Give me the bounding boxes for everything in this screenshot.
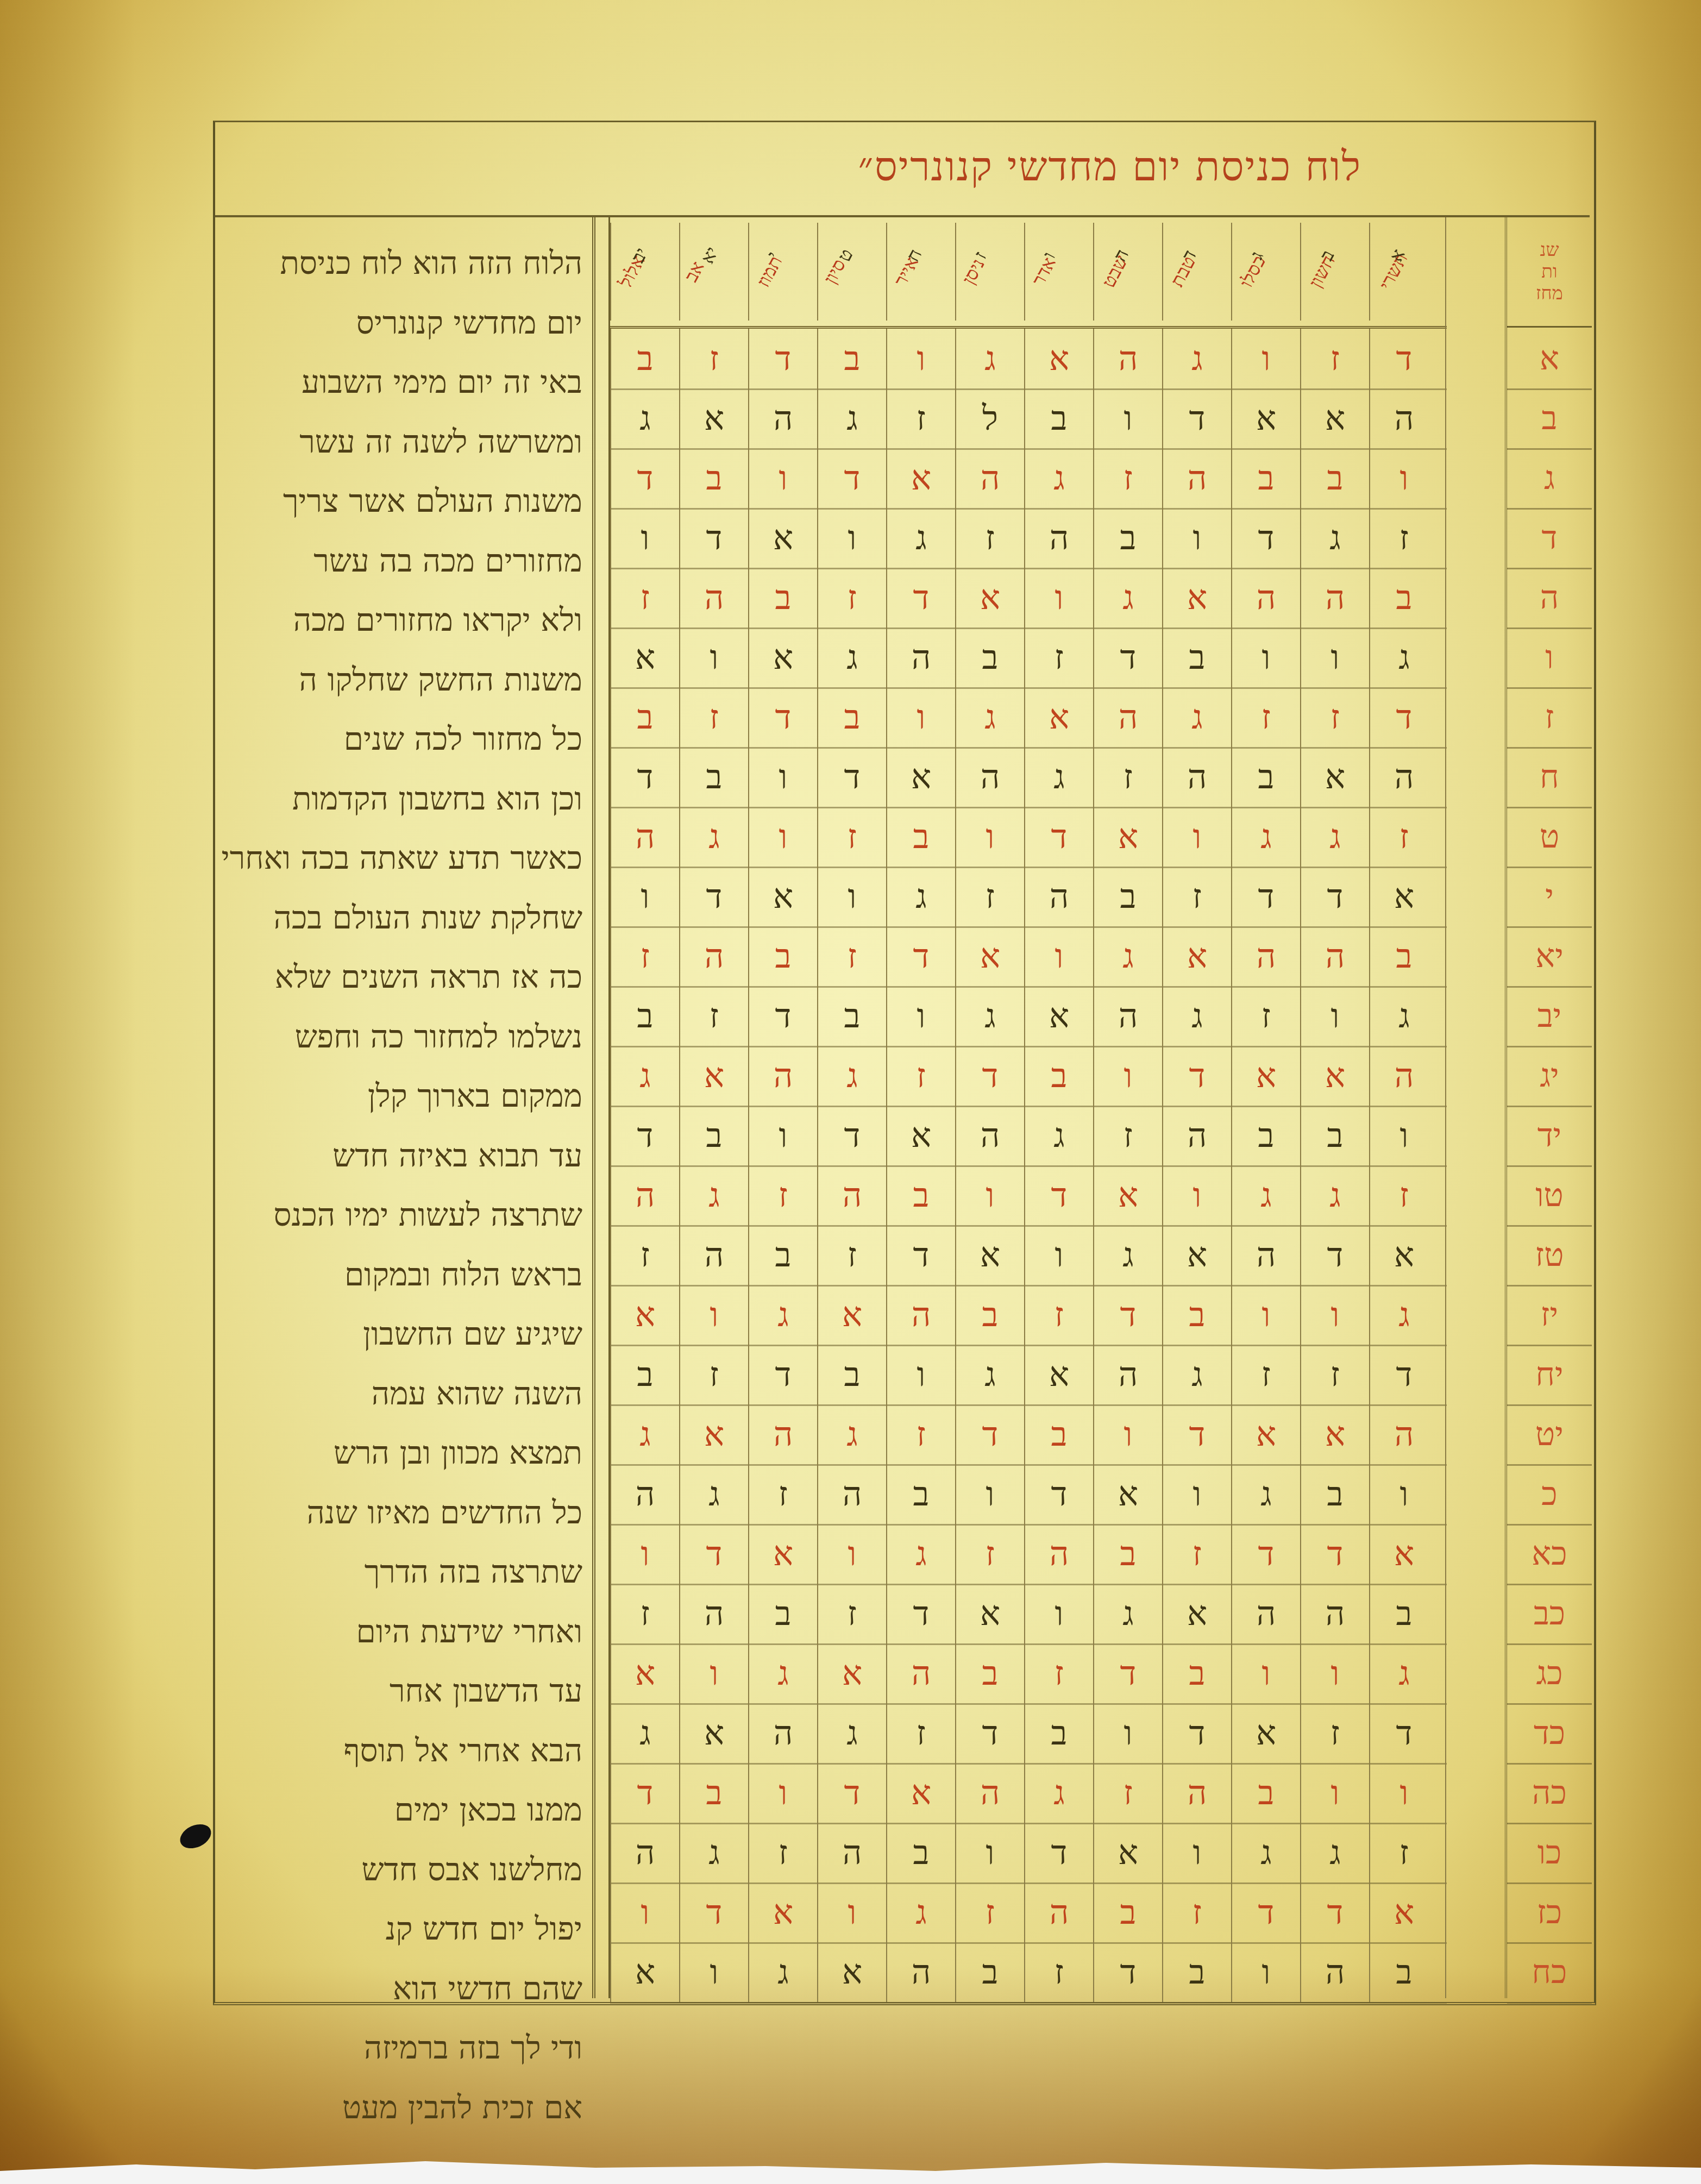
table-cell: ב — [1369, 1942, 1438, 2002]
table-cell: ב — [679, 1763, 748, 1823]
table-cell: ב — [1162, 1942, 1231, 2002]
table-cell: א — [1024, 329, 1093, 388]
table-cell: ד — [1231, 867, 1300, 926]
table-cell: ב — [955, 627, 1024, 687]
table-cell: ז — [1300, 1703, 1369, 1763]
table-row: זגגואדובהזגה — [610, 1823, 1447, 1884]
text-line: שתרצה בזה הדרך — [218, 1542, 582, 1602]
table-cell: ג — [1093, 568, 1162, 627]
table-row: דזזגהאגובדזב — [610, 1345, 1447, 1406]
table-cell: ז — [817, 1584, 886, 1643]
text-line: נשלמו למחזור כה וחפש — [218, 1007, 582, 1067]
table-cell: ד — [1300, 1882, 1369, 1942]
table-cell: ד — [1024, 807, 1093, 867]
table-cell: א — [748, 1882, 817, 1942]
row-label-header: שנותמחז — [1507, 217, 1592, 328]
table-cell: ו — [1300, 627, 1369, 687]
table-cell: ה — [1162, 747, 1231, 807]
table-row: גוובדזבהאגוא — [610, 1643, 1447, 1705]
table-cell: ג — [610, 1404, 679, 1464]
table-cell: א — [1300, 1404, 1369, 1464]
table-cell: א — [886, 1763, 955, 1823]
table-cell: ו — [748, 747, 817, 807]
table-cell: ה — [1093, 329, 1162, 388]
table-cell: ה — [1300, 568, 1369, 627]
table-cell: ז — [679, 1345, 748, 1404]
table-cell: ב — [1231, 1106, 1300, 1165]
row-label: כא — [1507, 1524, 1592, 1585]
table-cell: א — [1300, 388, 1369, 448]
table-cell: א — [1024, 687, 1093, 747]
table-cell: ב — [748, 568, 817, 627]
table-cell: ג — [1024, 747, 1093, 807]
table-cell: ג — [748, 1643, 817, 1703]
table-cell: ו — [1024, 1584, 1093, 1643]
table-cell: ג — [679, 807, 748, 867]
table-cell: ו — [1024, 926, 1093, 986]
column-header: סיוןט — [817, 223, 886, 321]
page-title: לוח כניסת יום מחדשי קנונריס״ — [858, 143, 1361, 191]
table-cell: ד — [610, 1763, 679, 1823]
table-cell: ג — [1231, 1464, 1300, 1524]
table-cell: א — [1162, 568, 1231, 627]
column-header: אביא — [679, 223, 748, 321]
table-cell: ב — [1024, 1404, 1093, 1464]
table-cell: ו — [1093, 1046, 1162, 1106]
text-line: הלוח הזה הוא לוח כניסת — [218, 234, 582, 293]
table-cell: ב — [1093, 508, 1162, 568]
table-cell: א — [817, 1643, 886, 1703]
table-cell: ו — [748, 448, 817, 508]
row-label: כז — [1507, 1882, 1592, 1944]
table-cell: ד — [679, 867, 748, 926]
table-cell: ג — [955, 986, 1024, 1046]
table-cell: ז — [886, 1404, 955, 1464]
row-label-column: שנותמחז אבגדהוזחטייאיביגידטוטזיזיחיטככאכ… — [1505, 217, 1592, 1998]
table-cell: ו — [748, 1763, 817, 1823]
table-cell: ב — [1231, 1763, 1300, 1823]
table-row: ובבהזגהאדובד — [610, 448, 1447, 510]
column-header: טבתד — [1162, 223, 1231, 321]
table-cell: ו — [1300, 1763, 1369, 1823]
table-cell: ב — [1093, 1882, 1162, 1942]
table-cell: ב — [1024, 388, 1093, 448]
text-line: אם זכית להבין מעט — [218, 2078, 582, 2138]
table-cell: ו — [679, 1285, 748, 1345]
table-cell: ג — [1369, 627, 1438, 687]
table-cell: ו — [1300, 1285, 1369, 1345]
table-row: דזוגהאגובדזב — [610, 329, 1447, 390]
text-line: ואחרי שידעת היום — [218, 1602, 582, 1662]
table-cell: ה — [955, 1106, 1024, 1165]
table-cell: ו — [1093, 1703, 1162, 1763]
table-cell: ב — [955, 1942, 1024, 2002]
table-cell: ה — [679, 1225, 748, 1285]
table-cell: ג — [817, 1046, 886, 1106]
table-cell: ג — [1300, 807, 1369, 867]
table-cell: א — [610, 1643, 679, 1703]
table-cell: ו — [1231, 1285, 1300, 1345]
table-cell: ו — [1162, 1464, 1231, 1524]
table-cell: ג — [748, 1285, 817, 1345]
table-cell: ג — [610, 1703, 679, 1763]
table-cell: ד — [748, 986, 817, 1046]
row-label-header-text: ות — [1507, 261, 1592, 283]
table-cell: א — [1162, 1584, 1231, 1643]
table-cell: ג — [679, 1823, 748, 1882]
table-cell: ה — [748, 1404, 817, 1464]
row-label: כג — [1507, 1643, 1592, 1705]
table-cell: ג — [1231, 1823, 1300, 1882]
table-cell: א — [955, 1225, 1024, 1285]
table-cell: ה — [1093, 986, 1162, 1046]
table-cell: ו — [886, 1345, 955, 1404]
table-cell: ו — [679, 1942, 748, 2002]
table-cell: ד — [1369, 687, 1438, 747]
table-cell: א — [1024, 986, 1093, 1046]
table-cell: ד — [1162, 1703, 1231, 1763]
table-cell: ג — [955, 1345, 1024, 1404]
table-cell: ה — [1300, 926, 1369, 986]
text-line: כל החדשים מאיזו שנה — [218, 1483, 582, 1543]
table-cell: ז — [610, 1225, 679, 1285]
table-cell: ז — [1093, 448, 1162, 508]
table-cell: ד — [1369, 1345, 1438, 1404]
table-cell: א — [748, 867, 817, 926]
table-cell: ג — [1300, 1165, 1369, 1225]
table-cell: ד — [955, 1046, 1024, 1106]
table-cell: ל — [955, 388, 1024, 448]
table-cell: ו — [748, 807, 817, 867]
table-cell: ז — [1093, 1763, 1162, 1823]
column-header: ניסןז — [955, 223, 1024, 321]
row-label: יב — [1507, 986, 1592, 1047]
table-cell: ז — [886, 1703, 955, 1763]
row-label: ו — [1507, 627, 1592, 689]
table-cell: ו — [955, 1823, 1024, 1882]
table-cell: ב — [817, 1345, 886, 1404]
table-cell: ד — [610, 1106, 679, 1165]
table-cell: ד — [1024, 1464, 1093, 1524]
table-row: אדדזבהזגואדו — [610, 1882, 1447, 1944]
table-cell: ו — [817, 1524, 886, 1584]
row-label: ג — [1507, 448, 1592, 510]
table-cell: ב — [610, 687, 679, 747]
text-line: הבא אחרי אל תוסף — [218, 1721, 582, 1781]
table-cell: ה — [955, 747, 1024, 807]
table-cell: א — [1093, 807, 1162, 867]
table-cell: ו — [886, 986, 955, 1046]
table-cell: א — [1369, 1524, 1438, 1584]
table-cell: ו — [1093, 1404, 1162, 1464]
table-cell: ג — [817, 627, 886, 687]
row-label: כ — [1507, 1464, 1592, 1526]
column-header: אדרו — [1024, 223, 1093, 321]
row-label: ט — [1507, 807, 1592, 868]
table-cell: ה — [1162, 1106, 1231, 1165]
calendar-table: תשריאחשוןבכסלוגטבתדשבטהאדרוניסןזאיירחסיו… — [608, 217, 1447, 1998]
table-cell: א — [1300, 747, 1369, 807]
table-cell: ד — [1300, 1524, 1369, 1584]
table-cell: ד — [748, 329, 817, 388]
table-cell: ד — [679, 508, 748, 568]
table-cell: ד — [1024, 1165, 1093, 1225]
table-cell: ב — [610, 329, 679, 388]
table-cell: א — [1162, 1225, 1231, 1285]
table-row: האאדובדזגהאג — [610, 1046, 1447, 1107]
table-cell: ג — [610, 1046, 679, 1106]
table-cell: א — [886, 747, 955, 807]
table-cell: ה — [1024, 1524, 1093, 1584]
table-cell: ז — [1231, 687, 1300, 747]
table-cell: ב — [748, 926, 817, 986]
text-line: מחזורים מכה בה עשר — [218, 531, 582, 591]
table-cell: ה — [886, 1285, 955, 1345]
text-line: ממקום בארוך קלן — [218, 1066, 582, 1126]
text-line: ממנו בכאן ימים — [218, 1780, 582, 1840]
table-cell: א — [955, 926, 1024, 986]
table-cell: ג — [1093, 1225, 1162, 1285]
column-header: תמוזי — [748, 223, 817, 321]
table-cell: ה — [886, 1942, 955, 2002]
table-cell: ו — [1231, 329, 1300, 388]
table-cell: ג — [1024, 1763, 1093, 1823]
table-cell: ב — [955, 1285, 1024, 1345]
table-cell: א — [1024, 1345, 1093, 1404]
table-cell: ד — [1369, 329, 1438, 388]
table-cell: ג — [955, 329, 1024, 388]
table-cell: א — [748, 1524, 817, 1584]
table-cell: ז — [1300, 687, 1369, 747]
table-cell: א — [610, 1285, 679, 1345]
row-label: ה — [1507, 568, 1592, 629]
table-cell: ד — [679, 1524, 748, 1584]
table-cell: ו — [679, 627, 748, 687]
text-line: וכן הוא בחשבון הקדמות — [218, 769, 582, 829]
table-row: אדדזבהזגואדו — [610, 867, 1447, 928]
table-cell: ז — [1162, 867, 1231, 926]
table-cell: ה — [679, 1584, 748, 1643]
row-label: ז — [1507, 687, 1592, 749]
table-cell: א — [817, 1285, 886, 1345]
table-cell: ב — [748, 1225, 817, 1285]
table-cell: ו — [1231, 1643, 1300, 1703]
table-cell: ד — [1093, 627, 1162, 687]
table-cell: א — [1231, 1703, 1300, 1763]
table-cell: ג — [886, 1882, 955, 1942]
table-cell: ג — [886, 508, 955, 568]
table-row: בההאגואדזבהז — [610, 568, 1447, 629]
table-cell: ו — [817, 867, 886, 926]
table-cell: ב — [679, 747, 748, 807]
table-cell: ב — [1369, 1584, 1438, 1643]
table-cell: ו — [610, 1524, 679, 1584]
table-cell: ז — [679, 986, 748, 1046]
table-cell: א — [886, 1106, 955, 1165]
text-line: מחלשנו אבס חדש — [218, 1840, 582, 1900]
table-cell: א — [1231, 1046, 1300, 1106]
text-line: משנות העולם אשר צריך — [218, 472, 582, 531]
table-cell: ה — [1024, 508, 1093, 568]
table-row: זגגואדובזוגה — [610, 807, 1447, 868]
table-cell: ה — [679, 568, 748, 627]
table-cell: ז — [679, 687, 748, 747]
table-cell: ד — [886, 926, 955, 986]
table-cell: ב — [1093, 867, 1162, 926]
table-cell: ז — [955, 1524, 1024, 1584]
table-cell: ז — [610, 568, 679, 627]
table-cell: ו — [679, 1643, 748, 1703]
table-cell: ז — [1369, 1165, 1438, 1225]
table-cell: ב — [817, 986, 886, 1046]
column-header-month: אב — [680, 258, 709, 285]
table-cell: ג — [1162, 687, 1231, 747]
row-label: יא — [1507, 926, 1592, 988]
table-cell: ז — [1300, 329, 1369, 388]
table-cell: ד — [679, 1882, 748, 1942]
row-label: טז — [1507, 1225, 1592, 1286]
table-cell: ז — [886, 388, 955, 448]
table-cell: ו — [1231, 627, 1300, 687]
table-cell: ו — [610, 1882, 679, 1942]
table-cell: ב — [1024, 1703, 1093, 1763]
table-cell: א — [1093, 1464, 1162, 1524]
table-cell: ב — [1162, 627, 1231, 687]
table-cell: ב — [886, 807, 955, 867]
table-cell: ב — [886, 1165, 955, 1225]
torn-bottom-edge — [0, 2151, 1701, 2184]
table-cell: ה — [610, 807, 679, 867]
text-line: שיגיע שם החשבון — [218, 1304, 582, 1364]
table-cell: ג — [886, 1524, 955, 1584]
table-cell: ה — [817, 1165, 886, 1225]
table-cell: א — [955, 1584, 1024, 1643]
table-cell: ו — [886, 329, 955, 388]
table-cell: ג — [1369, 1285, 1438, 1345]
table-cell: ג — [817, 388, 886, 448]
table-cell: ז — [1162, 1882, 1231, 1942]
table-cell: ו — [1231, 1942, 1300, 2002]
table-cell: ה — [1024, 1882, 1093, 1942]
table-cell: ה — [610, 1464, 679, 1524]
table-cell: ד — [1231, 1524, 1300, 1584]
table-cell: א — [1369, 1882, 1438, 1942]
table-cell: ג — [1369, 986, 1438, 1046]
table-cell: ד — [1231, 508, 1300, 568]
table-cell: א — [679, 1404, 748, 1464]
table-row: האאדובדזגהאג — [610, 1404, 1447, 1466]
table-cell: א — [748, 627, 817, 687]
row-label: טו — [1507, 1165, 1592, 1227]
row-label: כו — [1507, 1823, 1592, 1884]
text-line: יפול יום חדש קנ — [218, 1899, 582, 1959]
table-cell: ה — [748, 1046, 817, 1106]
table-cell: ב — [1369, 926, 1438, 986]
table-cell: ה — [1162, 448, 1231, 508]
table-cell: ה — [1093, 687, 1162, 747]
table-row: האאדובלזגהאג — [610, 388, 1447, 450]
table-cell: ג — [1093, 1584, 1162, 1643]
table-cell: א — [817, 1942, 886, 2002]
table-row: גוזגהאגובדזב — [610, 986, 1447, 1047]
table-cell: ד — [955, 1703, 1024, 1763]
table-cell: א — [1093, 1165, 1162, 1225]
table-cell: ו — [1162, 807, 1231, 867]
text-line: שהם חדשי הוא — [218, 1959, 582, 2019]
table-cell: ה — [1369, 388, 1438, 448]
table-cell: ו — [1369, 1106, 1438, 1165]
table-cell: ב — [679, 448, 748, 508]
table-cell: ז — [1231, 1345, 1300, 1404]
table-cell: ז — [817, 1225, 886, 1285]
table-cell: ד — [817, 448, 886, 508]
table-cell: ו — [955, 807, 1024, 867]
row-label: ד — [1507, 508, 1592, 569]
table-cell: ז — [1024, 627, 1093, 687]
table-cell: ו — [1300, 986, 1369, 1046]
table-cell: ז — [955, 867, 1024, 926]
row-label: יח — [1507, 1345, 1592, 1406]
table-cell: ו — [610, 508, 679, 568]
table-cell: ב — [1300, 1106, 1369, 1165]
table-cell: ו — [1093, 388, 1162, 448]
table-cell: ה — [817, 1823, 886, 1882]
table-cell: ז — [1024, 1942, 1093, 2002]
table-cell: ז — [955, 508, 1024, 568]
table-cell: ג — [1369, 1643, 1438, 1703]
text-line: שתרצה לעשות ימיו הכנס — [218, 1185, 582, 1245]
table-row: אדהאגואדזבהז — [610, 1225, 1447, 1286]
text-line: כאשר תדע שאתה בכה ואחרי — [218, 829, 582, 888]
table-cell: א — [610, 1942, 679, 2002]
table-cell: ה — [1300, 1584, 1369, 1643]
row-label: כח — [1507, 1942, 1592, 2004]
table-cell: ה — [1162, 1763, 1231, 1823]
table-cell: ו — [1300, 1643, 1369, 1703]
table-cell: ז — [1024, 1643, 1093, 1703]
table-cell: ג — [817, 1703, 886, 1763]
table-cell: ו — [1024, 568, 1093, 627]
table-cell: ד — [1231, 1882, 1300, 1942]
row-label: כד — [1507, 1703, 1592, 1765]
table-cell: ז — [610, 926, 679, 986]
table-cell: ד — [817, 1763, 886, 1823]
table-cell: ד — [1024, 1823, 1093, 1882]
table-cell: א — [610, 627, 679, 687]
row-label: ב — [1507, 388, 1592, 450]
text-lines: הלוח הזה הוא לוח כניסתיום מחדשי קנונריסב… — [218, 234, 582, 2137]
table-cell: ו — [1162, 508, 1231, 568]
row-label: יד — [1507, 1106, 1592, 1167]
table-row: בהובדזבהאגוא — [610, 1942, 1447, 2004]
table-cell: ז — [1162, 1524, 1231, 1584]
table-cell: ז — [1093, 1106, 1162, 1165]
table-row: בההאגואדזבהז — [610, 926, 1447, 988]
table-cell: א — [886, 448, 955, 508]
text-line: כה אז תראה השנים שלא — [218, 947, 582, 1007]
table-row: גוובדזבהגאוא — [610, 627, 1447, 689]
table-cell: ז — [1024, 1285, 1093, 1345]
table-cell: ז — [1300, 1345, 1369, 1404]
table-cell: ג — [610, 388, 679, 448]
table-cell: ד — [1162, 1404, 1231, 1464]
table-cell: ג — [679, 1165, 748, 1225]
table-cell: ז — [1231, 986, 1300, 1046]
table-cell: ד — [1300, 867, 1369, 926]
table-cell: ד — [886, 1584, 955, 1643]
table-row: האבהזגהאדובד — [610, 747, 1447, 808]
table-cell: ב — [1369, 568, 1438, 627]
